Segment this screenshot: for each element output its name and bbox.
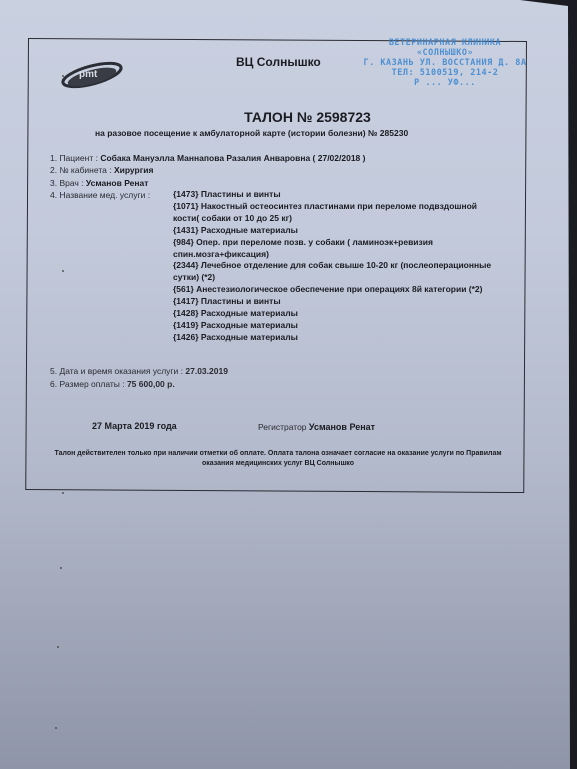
patient-row: 1. Пациент : Собака Мануэлла Маннапова Р… xyxy=(50,152,365,164)
services-list: {1473} Пластины и винты{1071} Накостный … xyxy=(173,189,503,344)
payment-label: 6. Размер оплаты : xyxy=(50,379,127,389)
cabinet-row: 2. № кабинета : Хирургия xyxy=(50,164,365,176)
voucher-subtitle: на разовое посещение к амбулаторной карт… xyxy=(95,128,408,138)
registrar: Регистратор Усманов Ренат xyxy=(258,422,375,432)
service-item: {1417} Пластины и винты xyxy=(173,296,503,308)
doctor-row: 3. Врач : Усманов Ренат xyxy=(50,177,365,189)
punch-dot xyxy=(60,567,62,569)
stamp-line: ТЕЛ: 5100519, 214-2 xyxy=(355,68,535,78)
voucher-title: ТАЛОН № 2598723 xyxy=(0,109,577,125)
registrar-value: Усманов Ренат xyxy=(309,422,375,432)
service-item: {1071} Накостный остеосинтез пластинами … xyxy=(173,201,503,225)
stamp-line: ВЕТЕРИНАРНАЯ КЛИНИКА xyxy=(355,38,535,48)
service-item: {561} Анестезиологическое обеспечение пр… xyxy=(173,284,503,296)
clinic-stamp: ВЕТЕРИНАРНАЯ КЛИНИКА «СОЛНЫШКО» Г. КАЗАН… xyxy=(355,38,535,88)
service-item: {2344} Лечебное отделение для собак свыш… xyxy=(173,260,503,284)
organization-name: ВЦ Солнышко xyxy=(236,55,321,69)
punch-dot xyxy=(62,492,64,494)
service-item: {984} Опер. при переломе позв. у собаки … xyxy=(173,237,503,261)
svg-text:pmt: pmt xyxy=(79,69,98,80)
payment-value: 75 600,00 р. xyxy=(127,379,175,389)
service-date-row: 5. Дата и время оказания услуги : 27.03.… xyxy=(50,366,228,376)
service-item: {1419} Расходные материалы xyxy=(173,320,503,332)
service-date-label: 5. Дата и время оказания услуги : xyxy=(50,366,185,376)
service-item: {1426} Расходные материалы xyxy=(173,332,503,344)
stamp-line: Г. КАЗАНЬ УЛ. ВОССТАНИЯ Д. 8А xyxy=(355,58,535,68)
service-item: {1428} Расходные материалы xyxy=(173,308,503,320)
punch-dot xyxy=(62,75,64,77)
pmt-logo-icon: pmt xyxy=(55,55,130,95)
services-label: 4. Название мед. услуги : xyxy=(50,190,150,200)
stamp-line: «СОЛНЫШКО» xyxy=(355,48,535,58)
stamp-line: Р ... УФ... xyxy=(355,78,535,88)
validity-note: Талон действителен только при наличии от… xyxy=(38,449,518,469)
registrar-label: Регистратор xyxy=(258,422,309,432)
punch-dot xyxy=(57,646,59,648)
service-date-value: 27.03.2019 xyxy=(185,366,228,376)
doctor-value: Усманов Ренат xyxy=(86,178,149,188)
doctor-label: 3. Врач : xyxy=(50,178,86,188)
patient-label: 1. Пациент : xyxy=(50,153,100,163)
service-item: {1473} Пластины и винты xyxy=(173,189,503,201)
punch-dot xyxy=(55,727,57,729)
punch-dot xyxy=(62,270,64,272)
cabinet-label: 2. № кабинета : xyxy=(50,165,114,175)
cabinet-value: Хирургия xyxy=(114,165,154,175)
patient-value: Собака Мануэлла Маннапова Разалия Анваро… xyxy=(100,153,365,163)
issue-date: 27 Марта 2019 года xyxy=(92,421,177,431)
payment-row: 6. Размер оплаты : 75 600,00 р. xyxy=(50,379,175,389)
service-item: {1431} Расходные материалы xyxy=(173,225,503,237)
